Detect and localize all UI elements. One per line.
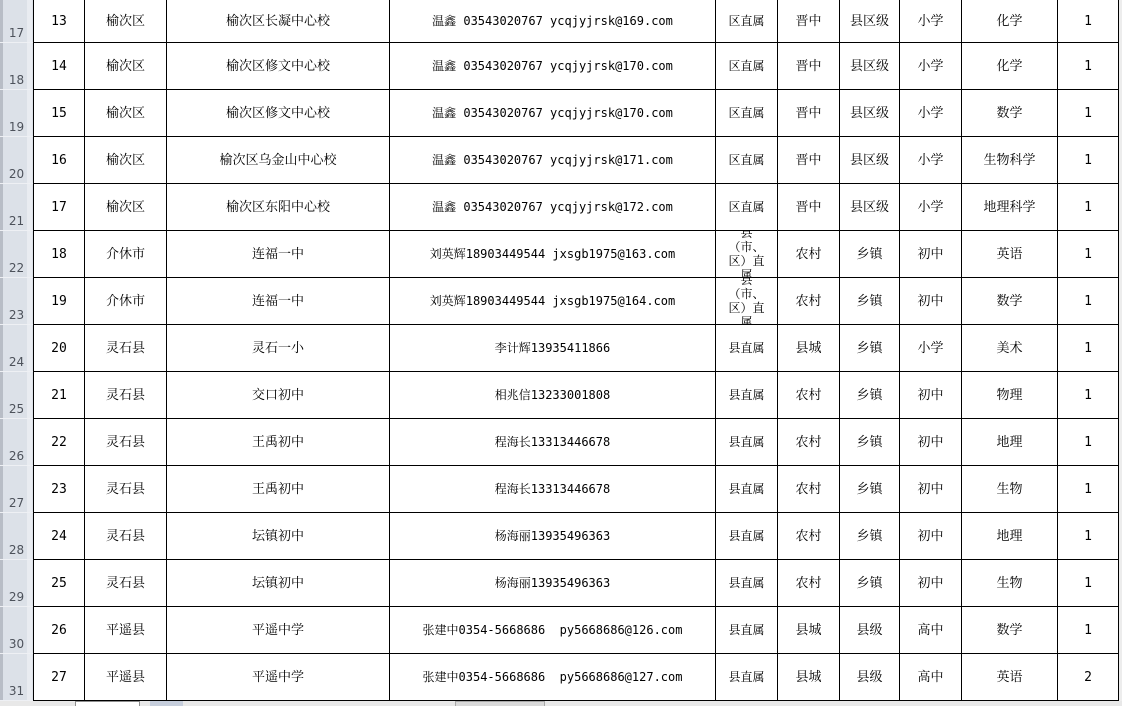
cell-school-stage[interactable]: 高中 (900, 654, 962, 701)
cell-school-name[interactable]: 榆次区修文中心校 (167, 43, 390, 90)
cell-subject[interactable]: 物理 (962, 372, 1058, 419)
cell-level[interactable]: 乡镇 (840, 419, 900, 466)
cell-affiliation[interactable]: 区直属 (716, 184, 778, 231)
row-header[interactable]: 22 (0, 231, 33, 278)
cell-school-stage[interactable]: 初中 (900, 560, 962, 607)
cell-contact[interactable]: 杨海丽13935496363 (390, 513, 716, 560)
row-header[interactable]: 24 (0, 325, 33, 372)
cell-area-type[interactable]: 晋中 (778, 90, 840, 137)
cell-count[interactable]: 1 (1058, 231, 1119, 278)
table-row: 2117榆次区榆次区东阳中心校温鑫 03543020767 ycqjyjrsk@… (0, 184, 1119, 231)
cell-contact[interactable]: 张建中0354-5668686 py5668686@127.com (390, 654, 716, 701)
cell-district[interactable]: 灵石县 (85, 372, 167, 419)
cell-school-stage[interactable]: 初中 (900, 372, 962, 419)
cell-affiliation[interactable]: 区直属 (716, 0, 778, 43)
table-row: 2016榆次区榆次区乌金山中心校温鑫 03543020767 ycqjyjrsk… (0, 137, 1119, 184)
cell-school-name[interactable]: 榆次区修文中心校 (167, 90, 390, 137)
row-header[interactable]: 31 (0, 654, 33, 701)
row-header[interactable]: 21 (0, 184, 33, 231)
table-row: 2319介休市连福一中刘英辉18903449544 jxsgb1975@164.… (0, 278, 1119, 325)
cell-district[interactable]: 榆次区 (85, 90, 167, 137)
cell-subject[interactable]: 生物 (962, 560, 1058, 607)
row-header[interactable]: 29 (0, 560, 33, 607)
cell-subject[interactable]: 数学 (962, 90, 1058, 137)
cell-area-type[interactable]: 农村 (778, 278, 840, 325)
row-header[interactable]: 17 (0, 0, 33, 43)
cell-affiliation[interactable]: 县直属 (716, 372, 778, 419)
cell-count[interactable]: 1 (1058, 466, 1119, 513)
cell-district[interactable]: 榆次区 (85, 0, 167, 43)
row-header[interactable]: 28 (0, 513, 33, 560)
cell-contact[interactable]: 程海长13313446678 (390, 419, 716, 466)
bottom-chrome-strip (0, 701, 1122, 706)
cell-school-name[interactable]: 连福一中 (167, 231, 390, 278)
table-row: 1713榆次区榆次区长凝中心校温鑫 03543020767 ycqjyjrsk@… (0, 0, 1119, 43)
row-header-label: 20 (9, 167, 24, 181)
cell-affiliation[interactable]: 县直属 (716, 325, 778, 372)
cell-serial[interactable]: 19 (33, 278, 85, 325)
table-row: 2622灵石县王禹初中程海长13313446678县直属农村乡镇初中地理1 (0, 419, 1119, 466)
cell-level[interactable]: 乡镇 (840, 466, 900, 513)
cell-school-stage[interactable]: 小学 (900, 90, 962, 137)
cell-subject[interactable]: 地理 (962, 513, 1058, 560)
cell-school-name[interactable]: 灵石一小 (167, 325, 390, 372)
cell-school-stage[interactable]: 初中 (900, 513, 962, 560)
cell-serial[interactable]: 23 (33, 466, 85, 513)
scroll-left-button[interactable] (150, 701, 183, 706)
row-header-label: 24 (9, 355, 24, 369)
sheet-tab[interactable] (455, 701, 545, 706)
row-header-label: 28 (9, 543, 24, 557)
cell-count[interactable]: 1 (1058, 607, 1119, 654)
cell-contact[interactable]: 张建中0354-5668686 py5668686@126.com (390, 607, 716, 654)
cell-serial[interactable]: 13 (33, 0, 85, 43)
cell-school-name[interactable]: 平遥中学 (167, 654, 390, 701)
cell-serial[interactable]: 22 (33, 419, 85, 466)
row-header-label: 30 (9, 637, 24, 651)
cell-school-stage[interactable]: 小学 (900, 0, 962, 43)
cell-school-stage[interactable]: 初中 (900, 466, 962, 513)
row-header-label: 17 (9, 26, 24, 40)
cell-area-type[interactable]: 农村 (778, 231, 840, 278)
cell-level[interactable]: 县级 (840, 654, 900, 701)
cell-school-name[interactable]: 王禹初中 (167, 419, 390, 466)
cell-school-stage[interactable]: 小学 (900, 184, 962, 231)
cell-area-type[interactable]: 农村 (778, 560, 840, 607)
cell-serial[interactable]: 27 (33, 654, 85, 701)
cell-contact[interactable]: 温鑫 03543020767 ycqjyjrsk@170.com (390, 43, 716, 90)
row-header[interactable]: 30 (0, 607, 33, 654)
cell-level[interactable]: 县级 (840, 607, 900, 654)
cell-count[interactable]: 1 (1058, 325, 1119, 372)
row-header[interactable]: 27 (0, 466, 33, 513)
table-row: 1915榆次区榆次区修文中心校温鑫 03543020767 ycqjyjrsk@… (0, 90, 1119, 137)
cell-level[interactable]: 县区级 (840, 137, 900, 184)
cell-serial[interactable]: 21 (33, 372, 85, 419)
cell-affiliation[interactable]: 县直属 (716, 560, 778, 607)
cell-district[interactable]: 介休市 (85, 278, 167, 325)
cell-school-name[interactable]: 交口初中 (167, 372, 390, 419)
cell-count[interactable]: 1 (1058, 137, 1119, 184)
cell-district[interactable]: 灵石县 (85, 466, 167, 513)
cell-level[interactable]: 乡镇 (840, 560, 900, 607)
cell-level[interactable]: 乡镇 (840, 513, 900, 560)
cell-affiliation[interactable]: 区直属 (716, 90, 778, 137)
row-header-label: 22 (9, 261, 24, 275)
cell-district[interactable]: 灵石县 (85, 513, 167, 560)
cell-district[interactable]: 平遥县 (85, 607, 167, 654)
cell-level[interactable]: 县区级 (840, 0, 900, 43)
cell-area-type[interactable]: 农村 (778, 419, 840, 466)
cell-affiliation[interactable]: 县直属 (716, 419, 778, 466)
cell-count[interactable]: 1 (1058, 0, 1119, 43)
row-header[interactable]: 25 (0, 372, 33, 419)
cell-school-stage[interactable]: 小学 (900, 43, 962, 90)
cell-serial[interactable]: 26 (33, 607, 85, 654)
cell-school-name[interactable]: 平遥中学 (167, 607, 390, 654)
cell-area-type[interactable]: 县城 (778, 607, 840, 654)
cell-serial[interactable]: 17 (33, 184, 85, 231)
cell-area-type[interactable]: 县城 (778, 654, 840, 701)
cell-area-type[interactable]: 农村 (778, 372, 840, 419)
cell-subject[interactable]: 生物科学 (962, 137, 1058, 184)
cell-school-name[interactable]: 榆次区长凝中心校 (167, 0, 390, 43)
cell-subject[interactable]: 生物 (962, 466, 1058, 513)
cell-serial[interactable]: 15 (33, 90, 85, 137)
row-header[interactable]: 18 (0, 43, 33, 90)
cell-school-name[interactable]: 坛镇初中 (167, 560, 390, 607)
cell-contact[interactable]: 杨海丽13935496363 (390, 560, 716, 607)
row-header[interactable]: 23 (0, 278, 33, 325)
cell-subject[interactable]: 英语 (962, 231, 1058, 278)
cell-school-name[interactable]: 坛镇初中 (167, 513, 390, 560)
cell-area-type[interactable]: 晋中 (778, 184, 840, 231)
row-header-label: 21 (9, 214, 24, 228)
cell-school-stage[interactable]: 小学 (900, 325, 962, 372)
cell-subject[interactable]: 化学 (962, 43, 1058, 90)
cell-contact[interactable]: 相兆信13233001808 (390, 372, 716, 419)
cell-subject[interactable]: 数学 (962, 278, 1058, 325)
row-header[interactable]: 19 (0, 90, 33, 137)
cell-contact[interactable]: 刘英辉18903449544 jxsgb1975@163.com (390, 231, 716, 278)
cell-district[interactable]: 灵石县 (85, 560, 167, 607)
cell-district[interactable]: 榆次区 (85, 137, 167, 184)
cell-district[interactable]: 平遥县 (85, 654, 167, 701)
cell-serial[interactable]: 25 (33, 560, 85, 607)
cell-contact[interactable]: 温鑫 03543020767 ycqjyjrsk@170.com (390, 90, 716, 137)
cell-level[interactable]: 县区级 (840, 184, 900, 231)
cell-affiliation[interactable]: 区直属 (716, 43, 778, 90)
cell-count[interactable]: 1 (1058, 43, 1119, 90)
cell-school-name[interactable]: 榆次区东阳中心校 (167, 184, 390, 231)
cell-school-stage[interactable]: 初中 (900, 419, 962, 466)
cell-subject[interactable]: 化学 (962, 0, 1058, 43)
table-row: 2420灵石县灵石一小李计辉13935411866县直属县城乡镇小学美术1 (0, 325, 1119, 372)
cell-subject[interactable]: 美术 (962, 325, 1058, 372)
cell-contact[interactable]: 李计辉13935411866 (390, 325, 716, 372)
cell-level[interactable]: 乡镇 (840, 278, 900, 325)
table-row: 2723灵石县王禹初中程海长13313446678县直属农村乡镇初中生物1 (0, 466, 1119, 513)
cell-subject[interactable]: 英语 (962, 654, 1058, 701)
table-row: 2218介休市连福一中刘英辉18903449544 jxsgb1975@163.… (0, 231, 1119, 278)
row-header-label: 23 (9, 308, 24, 322)
row-header-label: 29 (9, 590, 24, 604)
cell-level[interactable]: 乡镇 (840, 325, 900, 372)
cell-level[interactable]: 县区级 (840, 90, 900, 137)
cell-count[interactable]: 1 (1058, 560, 1119, 607)
cell-area-type[interactable]: 农村 (778, 513, 840, 560)
cell-school-name[interactable]: 榆次区乌金山中心校 (167, 137, 390, 184)
cell-school-stage[interactable]: 初中 (900, 278, 962, 325)
cell-count[interactable]: 2 (1058, 654, 1119, 701)
cell-count[interactable]: 1 (1058, 372, 1119, 419)
cell-subject[interactable]: 地理科学 (962, 184, 1058, 231)
row-header-label: 27 (9, 496, 24, 510)
cell-area-type[interactable]: 晋中 (778, 0, 840, 43)
cell-affiliation[interactable]: 县（市、区）直属 (716, 278, 778, 325)
table-row: 3026平遥县平遥中学张建中0354-5668686 py5668686@126… (0, 607, 1119, 654)
row-header-label: 19 (9, 120, 24, 134)
cell-affiliation[interactable]: 县直属 (716, 607, 778, 654)
spreadsheet-viewport: 1713榆次区榆次区长凝中心校温鑫 03543020767 ycqjyjrsk@… (0, 0, 1122, 706)
cell-count[interactable]: 1 (1058, 419, 1119, 466)
cell-contact[interactable]: 程海长13313446678 (390, 466, 716, 513)
cell-school-stage[interactable]: 初中 (900, 231, 962, 278)
table-row: 2824灵石县坛镇初中杨海丽13935496363县直属农村乡镇初中地理1 (0, 513, 1119, 560)
cell-serial[interactable]: 20 (33, 325, 85, 372)
row-header-label: 18 (9, 73, 24, 87)
cell-affiliation[interactable]: 县直属 (716, 654, 778, 701)
row-header-label: 25 (9, 402, 24, 416)
cell-area-type[interactable]: 晋中 (778, 137, 840, 184)
table-row: 3127平遥县平遥中学张建中0354-5668686 py5668686@127… (0, 654, 1119, 701)
cell-level[interactable]: 乡镇 (840, 372, 900, 419)
cell-serial[interactable]: 24 (33, 513, 85, 560)
cell-contact[interactable]: 温鑫 03543020767 ycqjyjrsk@169.com (390, 0, 716, 43)
cell-serial[interactable]: 14 (33, 43, 85, 90)
table-row: 2925灵石县坛镇初中杨海丽13935496363县直属农村乡镇初中生物1 (0, 560, 1119, 607)
cell-school-stage[interactable]: 高中 (900, 607, 962, 654)
row-header-label: 31 (9, 684, 24, 698)
row-header[interactable]: 26 (0, 419, 33, 466)
cell-count[interactable]: 1 (1058, 278, 1119, 325)
row-header[interactable]: 20 (0, 137, 33, 184)
cell-area-type[interactable]: 农村 (778, 466, 840, 513)
cell-affiliation[interactable]: 县（市、区）直属 (716, 231, 778, 278)
cell-level[interactable]: 县区级 (840, 43, 900, 90)
cell-contact[interactable]: 温鑫 03543020767 ycqjyjrsk@171.com (390, 137, 716, 184)
cell-school-name[interactable]: 王禹初中 (167, 466, 390, 513)
cell-district[interactable]: 介休市 (85, 231, 167, 278)
cell-district[interactable]: 榆次区 (85, 184, 167, 231)
cell-district[interactable]: 灵石县 (85, 419, 167, 466)
cell-area-type[interactable]: 晋中 (778, 43, 840, 90)
cell-count[interactable]: 1 (1058, 184, 1119, 231)
cell-subject[interactable]: 数学 (962, 607, 1058, 654)
cell-level[interactable]: 乡镇 (840, 231, 900, 278)
cell-affiliation[interactable]: 县直属 (716, 466, 778, 513)
cell-count[interactable]: 1 (1058, 90, 1119, 137)
cell-count[interactable]: 1 (1058, 513, 1119, 560)
cell-subject[interactable]: 地理 (962, 419, 1058, 466)
cell-area-type[interactable]: 县城 (778, 325, 840, 372)
worksheet-grid: 1713榆次区榆次区长凝中心校温鑫 03543020767 ycqjyjrsk@… (0, 0, 1119, 701)
cell-school-name[interactable]: 连福一中 (167, 278, 390, 325)
cell-district[interactable]: 榆次区 (85, 43, 167, 90)
row-header-label: 26 (9, 449, 24, 463)
cell-school-stage[interactable]: 小学 (900, 137, 962, 184)
tab-split-handle[interactable] (75, 701, 140, 706)
cell-contact[interactable]: 刘英辉18903449544 jxsgb1975@164.com (390, 278, 716, 325)
cell-affiliation[interactable]: 区直属 (716, 137, 778, 184)
table-row: 1814榆次区榆次区修文中心校温鑫 03543020767 ycqjyjrsk@… (0, 43, 1119, 90)
cell-serial[interactable]: 18 (33, 231, 85, 278)
cell-affiliation[interactable]: 县直属 (716, 513, 778, 560)
cell-serial[interactable]: 16 (33, 137, 85, 184)
table-row: 2521灵石县交口初中相兆信13233001808县直属农村乡镇初中物理1 (0, 372, 1119, 419)
cell-contact[interactable]: 温鑫 03543020767 ycqjyjrsk@172.com (390, 184, 716, 231)
cell-district[interactable]: 灵石县 (85, 325, 167, 372)
